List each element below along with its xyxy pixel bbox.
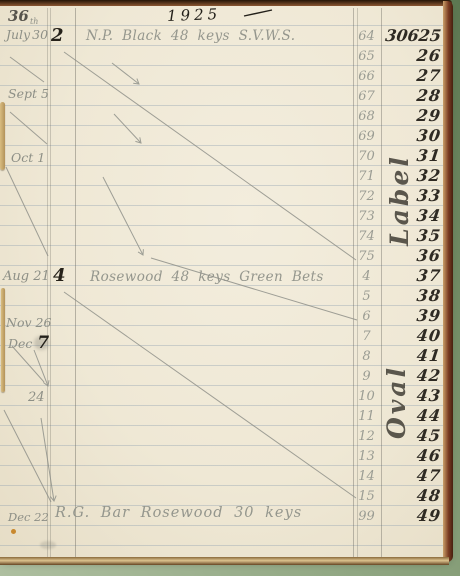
binding-thread bbox=[1, 288, 5, 392]
serial-number: 70 bbox=[353, 147, 380, 167]
serial-number: 7 bbox=[353, 327, 380, 347]
serial-number: 68 bbox=[353, 107, 380, 127]
order-number: 32 bbox=[382, 166, 449, 186]
order-number: 43 bbox=[382, 386, 449, 406]
order-number: 40 bbox=[382, 326, 449, 346]
order-number: 27 bbox=[382, 66, 449, 86]
serial-number: 5 bbox=[353, 287, 380, 307]
entry-date: Dec 22 bbox=[8, 510, 49, 524]
entry-description: N.P. Black 48 keys S.V.W.S. bbox=[86, 28, 295, 44]
margin-date: Sept 5 bbox=[8, 86, 49, 101]
margin-note-24: 24 bbox=[28, 390, 45, 405]
serial-number: 10 bbox=[353, 387, 380, 407]
serial-number: 9 bbox=[353, 367, 380, 387]
ledger-page-scan: 36 1925 July30 th 2 N.P. Black 48 keys S… bbox=[0, 0, 460, 576]
serial-number: 11 bbox=[353, 407, 380, 427]
serial-number: 12 bbox=[353, 427, 380, 447]
serial-number: 15 bbox=[353, 487, 380, 507]
entry-description: R.G. Bar Rosewood 30 keys bbox=[55, 505, 302, 521]
order-number: 48 bbox=[382, 486, 449, 506]
serial-number: 6 bbox=[353, 307, 380, 327]
entry-quantity: 4 bbox=[53, 265, 66, 286]
binding-thread bbox=[0, 102, 5, 170]
stain bbox=[11, 529, 16, 534]
order-number: 44 bbox=[382, 406, 449, 426]
serial-number: 4 bbox=[353, 267, 380, 287]
entry-date-day: 30 bbox=[32, 27, 48, 42]
order-number: 36 bbox=[382, 246, 449, 266]
order-number: 33 bbox=[382, 186, 449, 206]
margin-date-day: 7 bbox=[37, 333, 49, 353]
order-number: 45 bbox=[382, 426, 449, 446]
serial-number: 72 bbox=[353, 187, 380, 207]
order-number: 26 bbox=[382, 46, 449, 66]
order-number: 39 bbox=[382, 306, 449, 326]
entry-date: Aug 21 bbox=[3, 269, 50, 284]
order-number: 49 bbox=[382, 506, 449, 526]
order-number: 47 bbox=[382, 466, 449, 486]
order-number: 31 bbox=[382, 146, 449, 166]
entry-date-month: July bbox=[6, 27, 30, 42]
serial-number: 74 bbox=[353, 227, 380, 247]
entry-quantity: 2 bbox=[51, 25, 64, 46]
serial-number: 71 bbox=[353, 167, 380, 187]
serial-number: 65 bbox=[353, 47, 380, 67]
margin-date: Oct 1 bbox=[11, 150, 45, 165]
page-number: 36 bbox=[8, 7, 29, 25]
serial-number: 73 bbox=[353, 207, 380, 227]
margin-date-dec: Dec 7 bbox=[8, 333, 49, 353]
column-rule bbox=[75, 8, 76, 557]
page-top-edge bbox=[0, 0, 452, 6]
order-number: 30 bbox=[382, 126, 449, 146]
entry-description: Rosewood 48 keys Green Bets bbox=[90, 269, 324, 285]
order-number: 37 bbox=[382, 266, 449, 286]
order-number: 46 bbox=[382, 446, 449, 466]
entry-date-superscript: th bbox=[30, 17, 38, 26]
serial-number: 8 bbox=[353, 347, 380, 367]
serial-number: 14 bbox=[353, 467, 380, 487]
stain bbox=[40, 541, 56, 549]
serial-number: 64 bbox=[353, 27, 380, 47]
page-bottom-edge bbox=[0, 557, 449, 565]
order-number: 29 bbox=[382, 106, 449, 126]
margin-date-label: Dec bbox=[8, 336, 32, 351]
serial-number: 13 bbox=[353, 447, 380, 467]
serial-number: 69 bbox=[353, 127, 380, 147]
serial-number: 99 bbox=[353, 507, 380, 527]
margin-date: Nov 26 bbox=[6, 315, 51, 330]
order-number: 34 bbox=[382, 206, 449, 226]
order-number: 35 bbox=[382, 226, 449, 246]
order-number: 28 bbox=[382, 86, 449, 106]
serial-number: 75 bbox=[353, 247, 380, 267]
order-number: 38 bbox=[382, 286, 449, 306]
serial-number: 67 bbox=[353, 87, 380, 107]
serial-number: 66 bbox=[353, 67, 380, 87]
order-number: 42 bbox=[382, 366, 449, 386]
order-number: 30625 bbox=[382, 26, 445, 46]
column-rule bbox=[50, 8, 51, 557]
order-number: 41 bbox=[382, 346, 449, 366]
entry-date: July30 bbox=[6, 27, 48, 42]
year-heading: 1925 bbox=[167, 5, 222, 25]
